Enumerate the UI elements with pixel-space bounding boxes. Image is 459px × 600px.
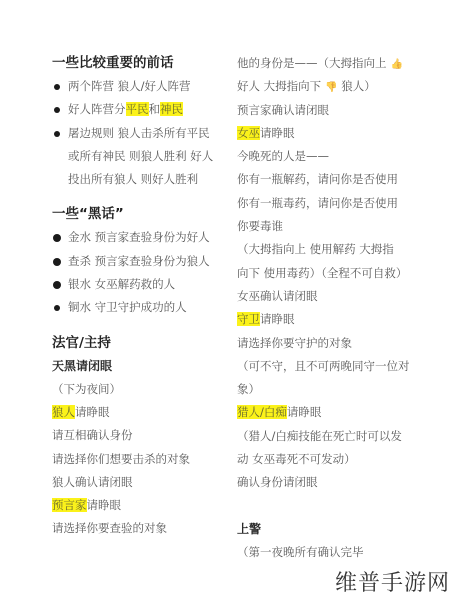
script-line: 他的身份是——（大拇指向上👍	[237, 52, 437, 75]
script-line-text: 确认身份请闭眼	[237, 475, 318, 489]
highlighted-text: 预言家	[52, 498, 87, 512]
script-line: 你有一瓶毒药，请问你是否使用	[237, 192, 437, 215]
highlighted-text: 狼人	[52, 405, 75, 419]
script-line-text: 请选择你要查验的对象	[52, 521, 167, 535]
list-item-continuation: 或所有神民 则狼人胜利 好人	[52, 145, 232, 168]
script-line: 象）	[237, 378, 437, 401]
script-line-text: 动 女巫毒死不可发动）	[237, 452, 356, 466]
script-line-text: 请选择你要守护的对象	[237, 336, 352, 350]
script-line-text: 女巫确认请闭眼	[237, 289, 318, 303]
script-line-text: （大拇指向上 使用解药 大拇指	[237, 242, 394, 256]
script-line-text: 今晚死的人是——	[237, 149, 329, 163]
script-line: （大拇指向上 使用解药 大拇指	[237, 238, 437, 261]
script-line: （下为夜间）	[52, 378, 232, 401]
list-item-text: 和	[149, 102, 161, 116]
script-line: 动 女巫毒死不可发动）	[237, 448, 437, 471]
thumbs-up-icon: 👍	[391, 53, 403, 76]
section-subtitle-night: 天黑请闭眼	[52, 355, 232, 378]
watermark: 维普手游网	[335, 566, 450, 597]
script-line-text: （下为夜间）	[52, 382, 121, 396]
section-title-slang: 一些“黑话”	[52, 203, 232, 226]
script-line-text: 请睁眼	[87, 498, 122, 512]
script-line: （第一夜晚所有确认完毕	[237, 541, 437, 564]
script-line-text: 你有一瓶解药，请问你是否使用	[237, 172, 398, 186]
script-line: 预言家请睁眼	[52, 494, 232, 517]
list-item: 两个阵营 狼人/好人阵营	[52, 75, 232, 98]
script-line: 狼人请睁眼	[52, 401, 232, 424]
script-line-text: 象）	[237, 382, 260, 396]
script-line: 猎人/白痴请睁眼	[237, 401, 437, 424]
right-column: 他的身份是——（大拇指向上👍 好人 大拇指向下👎 狼人） 预言家确认请闭眼 女巫…	[237, 52, 437, 564]
script-line: 好人 大拇指向下👎 狼人）	[237, 75, 437, 98]
script-line: 预言家确认请闭眼	[237, 99, 437, 122]
script-line: 你有一瓶解药，请问你是否使用	[237, 168, 437, 191]
list-item-text: 金水 预言家查验身份为好人	[68, 230, 210, 244]
list-item: 查杀 预言家查验身份为狼人	[52, 250, 232, 273]
script-line-text: 狼人）	[338, 79, 376, 93]
script-line: 确认身份请闭眼	[237, 471, 437, 494]
script-line-text: 你要毒谁	[237, 219, 283, 233]
script-line: 请选择你要查验的对象	[52, 517, 232, 540]
list-item-text: 两个阵营 狼人/好人阵营	[68, 79, 191, 93]
list-item-text: 银水 女巫解药救的人	[68, 277, 175, 291]
script-line: 请互相确认身份	[52, 424, 232, 447]
bullet-icon	[54, 107, 60, 113]
script-line: （猎人/白痴技能在死亡时可以发	[237, 425, 437, 448]
list-item: 好人阵营分平民和神民	[52, 98, 232, 121]
script-line-text: （猎人/白痴技能在死亡时可以发	[237, 429, 402, 443]
script-line: 向下 使用毒药）（全程不可自救）	[237, 262, 437, 285]
list-item-text: 屠边规则 狼人击杀所有平民	[68, 126, 210, 140]
list-item-text: 好人阵营分	[68, 102, 126, 116]
list-item-text: 铜水 守卫守护成功的人	[68, 300, 187, 314]
list-item: 金水 预言家查验身份为好人	[52, 226, 232, 249]
script-line: 守卫请睁眼	[237, 308, 437, 331]
left-column: 一些比较重要的前话 两个阵营 狼人/好人阵营 好人阵营分平民和神民 屠边规则 狼…	[52, 52, 232, 541]
section-title-important-notes: 一些比较重要的前话	[52, 52, 232, 75]
section-title-election: 上警	[237, 518, 437, 541]
script-line-text: 你有一瓶毒药，请问你是否使用	[237, 196, 398, 210]
bullet-icon	[53, 281, 61, 289]
thumbs-down-icon: 👎	[325, 76, 337, 99]
script-line-text: 狼人确认请闭眼	[52, 475, 133, 489]
highlighted-text: 女巫	[237, 126, 260, 140]
script-line: （可不守，且不可两晚同守一位对	[237, 355, 437, 378]
script-line-text: 好人 大拇指向下	[237, 79, 321, 93]
highlighted-text: 守卫	[237, 312, 260, 326]
bullet-icon	[53, 234, 61, 242]
script-line: 女巫确认请闭眼	[237, 285, 437, 308]
script-line-text: （可不守，且不可两晚同守一位对	[237, 359, 410, 373]
bullet-icon	[54, 84, 60, 90]
highlighted-text: 猎人/白痴	[237, 405, 287, 419]
script-line-text: 向下 使用毒药）（全程不可自救）	[237, 266, 407, 280]
bullet-icon	[54, 305, 60, 311]
list-item: 银水 女巫解药救的人	[52, 273, 232, 296]
script-line-text: 请睁眼	[260, 312, 295, 326]
script-line-text: 预言家确认请闭眼	[237, 103, 329, 117]
script-line-text: 他的身份是——（大拇指向上	[237, 56, 387, 70]
bullet-icon	[53, 258, 61, 266]
list-item: 屠边规则 狼人击杀所有平民	[52, 122, 232, 145]
bullet-icon	[54, 131, 60, 137]
script-line-text: 请选择你们想要击杀的对象	[52, 452, 190, 466]
list-item-continuation: 投出所有狼人 则好人胜利	[52, 168, 232, 191]
script-line: 请选择你要守护的对象	[237, 332, 437, 355]
script-line: 女巫请睁眼	[237, 122, 437, 145]
list-item-text: 查杀 预言家查验身份为狼人	[68, 254, 210, 268]
script-line: 今晚死的人是——	[237, 145, 437, 168]
script-line: 狼人确认请闭眼	[52, 471, 232, 494]
script-line-text: 请睁眼	[260, 126, 295, 140]
script-line-text: 请睁眼	[287, 405, 322, 419]
list-item: 铜水 守卫守护成功的人	[52, 296, 232, 319]
script-line-text: 请睁眼	[75, 405, 110, 419]
section-title-judge: 法官/主持	[52, 332, 232, 355]
script-line-text: 请互相确认身份	[52, 428, 133, 442]
highlighted-text: 神民	[160, 102, 183, 116]
script-line: 你要毒谁	[237, 215, 437, 238]
highlighted-text: 平民	[126, 102, 149, 116]
script-line: 请选择你们想要击杀的对象	[52, 448, 232, 471]
